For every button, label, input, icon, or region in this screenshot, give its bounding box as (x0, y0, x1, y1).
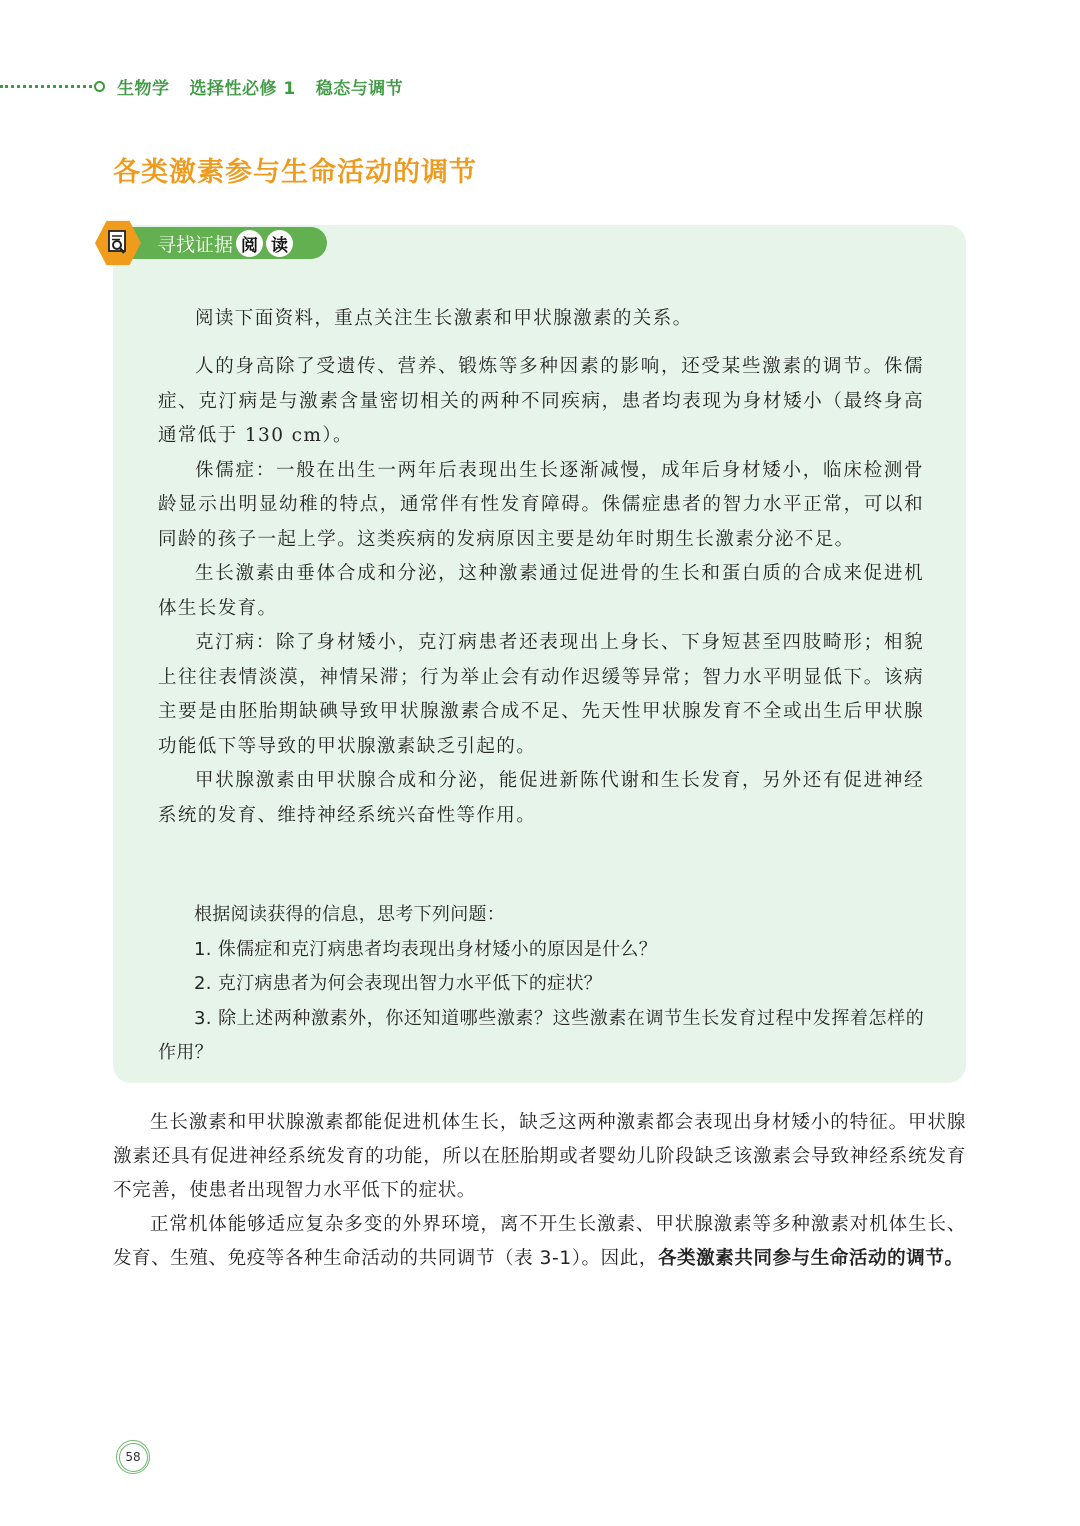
main-body: 生长激素和甲状腺激素都能促进机体生长，缺乏这两种激素都会表现出身材矮小的特征。甲… (113, 1106, 966, 1276)
paragraph: 人的身高除了受遗传、营养、锻炼等多种因素的影响，还受某些激素的调节。侏儒症、克汀… (158, 350, 924, 454)
ring-bullet-icon (94, 81, 105, 92)
paragraph: 侏儒症：一般在出生一两年后表现出生长逐渐减慢，成年后身材矮小，临床检测骨龄显示出… (158, 454, 924, 558)
questions-intro: 根据阅读获得的信息，思考下列问题： (158, 898, 924, 933)
paragraph: 生长激素由垂体合成和分泌，这种激素通过促进骨的生长和蛋白质的合成来促进机体生长发… (158, 557, 924, 626)
key-conclusion: 各类激素共同参与生命活动的调节。 (658, 1248, 964, 1269)
question-item: 3. 除上述两种激素外，你还知道哪些激素？这些激素在调节生长发育过程中发挥着怎样… (158, 1002, 924, 1071)
body-paragraph: 生长激素和甲状腺激素都能促进机体生长，缺乏这两种激素都会表现出身材矮小的特征。甲… (113, 1106, 966, 1208)
questions-block: 根据阅读获得的信息，思考下列问题： 1. 侏儒症和克汀病患者均表现出身材矮小的原… (158, 898, 924, 1071)
paragraph: 克汀病：除了身材矮小，克汀病患者还表现出上身长、下身短甚至四肢畸形；相貌上往往表… (158, 626, 924, 764)
badge-char-1: 阅 (236, 230, 263, 257)
reading-material: 人的身高除了受遗传、营养、锻炼等多种因素的影响，还受某些激素的调节。侏儒症、克汀… (158, 350, 924, 833)
intro-text: 阅读下面资料，重点关注生长激素和甲状腺激素的关系。 (158, 302, 924, 337)
section-title: 各类激素参与生命活动的调节 (113, 150, 477, 189)
question-item: 2. 克汀病患者为何会表现出智力水平低下的症状？ (158, 967, 924, 1002)
body-paragraph: 正常机体能够适应复杂多变的外界环境，离不开生长激素、甲状腺激素等多种激素对机体生… (113, 1208, 966, 1276)
reading-badge: 寻找证据 阅 读 (95, 222, 293, 264)
header-subject: 生物学 (117, 74, 170, 99)
badge-label: 寻找证据 (157, 230, 233, 257)
header-volume: 选择性必修 1 (190, 74, 296, 99)
question-item: 1. 侏儒症和克汀病患者均表现出身材矮小的原因是什么？ (158, 933, 924, 968)
header-unit: 稳态与调节 (316, 74, 404, 99)
dotted-rule (0, 85, 92, 88)
badge-char-2: 读 (266, 230, 293, 257)
page-number: 58 (119, 1443, 148, 1472)
paragraph: 甲状腺激素由甲状腺合成和分泌，能促进新陈代谢和生长发育，另外还有促进神经系统的发… (158, 764, 924, 833)
reading-intro: 阅读下面资料，重点关注生长激素和甲状腺激素的关系。 (158, 302, 924, 337)
running-header: 生物学 选择性必修 1 稳态与调节 (0, 72, 423, 100)
page-number-badge: 58 (116, 1440, 150, 1474)
